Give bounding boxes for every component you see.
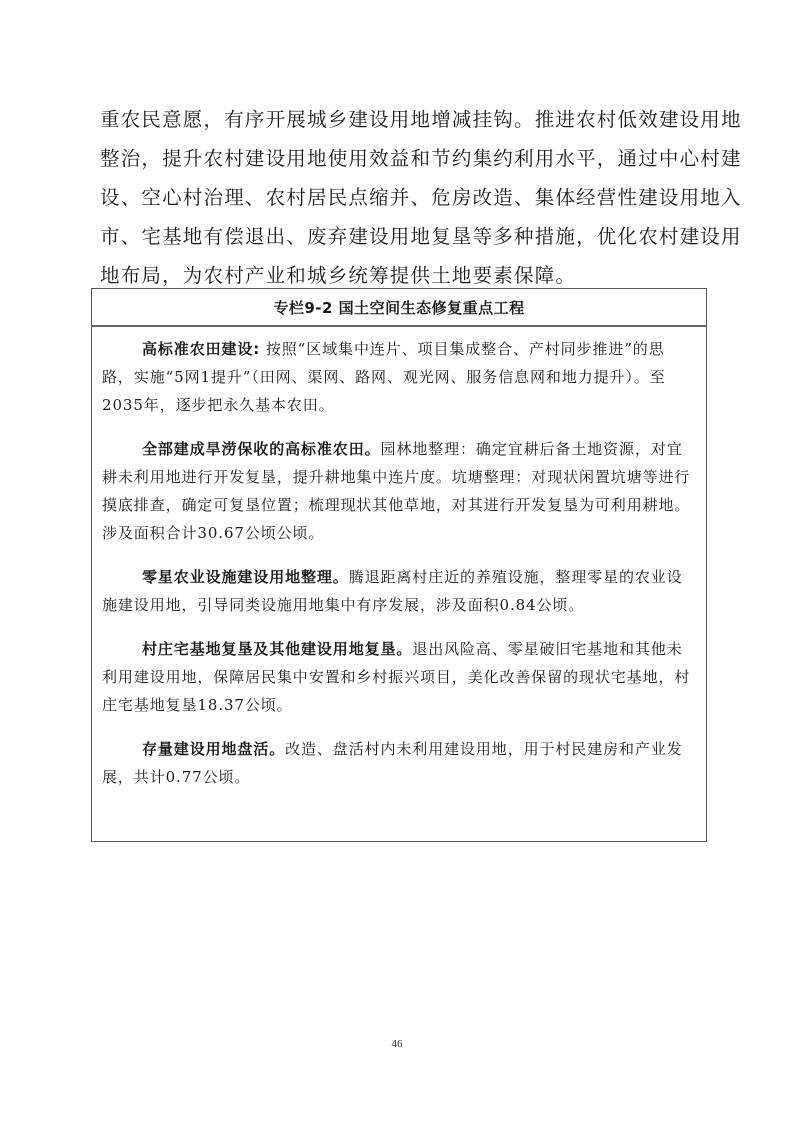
feature-box-title: 专栏9-2 国土空间生态修复重点工程 [92, 289, 706, 327]
intro-line: 重农民意愿，有序开展城乡建设用地增减挂钩。推进农村低效建设用地 [100, 100, 700, 139]
project-item-homestead: 村庄宅基地复垦及其他建设用地复垦。退出风险高、零星破旧宅基地和其他未 利用建设用… [102, 635, 696, 719]
intro-paragraph: 重农民意愿，有序开展城乡建设用地增减挂钩。推进农村低效建设用地 整治，提升农村建… [100, 100, 700, 295]
feature-box: 专栏9-2 国土空间生态修复重点工程 高标准农田建设: 按照“区域集中连片、项目… [91, 288, 707, 842]
item-text: 路，实施“5网1提升”（田网、渠网、路网、观光网、服务信息网和地力提升）。至 [102, 363, 696, 391]
item-heading: 存量建设用地盘活。 [142, 740, 285, 758]
project-item-farmland: 高标准农田建设: 按照“区域集中连片、项目集成整合、产村同步推进”的思 路，实施… [102, 335, 696, 419]
item-text: 按照“区域集中连片、项目集成整合、产村同步推进”的思 [260, 340, 664, 358]
item-text: 庄宅基地复垦18.37公顷。 [102, 691, 696, 719]
item-heading: 村庄宅基地复垦及其他建设用地复垦。 [142, 640, 412, 658]
item-text: 利用建设用地，保障居民集中安置和乡村振兴项目，美化改善保留的现状宅基地，村 [102, 663, 696, 691]
item-text: 展，共计0.77公顷。 [102, 763, 696, 791]
item-text: 摸底排查，确定可复垦位置；梳理现状其他草地，对其进行开发复垦为可利用耕地。 [102, 491, 696, 519]
page-number: 46 [0, 1038, 794, 1050]
item-text: 施建设用地，引导同类设施用地集中有序发展，涉及面积0.84公顷。 [102, 591, 696, 619]
project-item-garden-land: 全部建成旱涝保收的高标准农田。园林地整理：确定宜耕后备土地资源，对宜 耕未利用地… [102, 435, 696, 547]
item-text: 改造、盘活村内未利用建设用地，用于村民建房和产业发 [285, 740, 683, 758]
item-text: 耕未利用地进行开发复垦，提升耕地集中连片度。坑塘整理：对现状闲置坑塘等进行 [102, 463, 696, 491]
item-text: 涉及面积合计30.67公顷公顷。 [102, 519, 696, 547]
item-heading: 全部建成旱涝保收的高标准农田。 [142, 440, 381, 458]
item-text: 2035年，逐步把永久基本农田。 [102, 391, 696, 419]
intro-line: 整治，提升农村建设用地使用效益和节约集约利用水平，通过中心村建 [100, 139, 700, 178]
item-heading: 零星农业设施建设用地整理。 [142, 568, 349, 586]
project-item-agri-facility: 零星农业设施建设用地整理。腾退距离村庄近的养殖设施，整理零星的农业设 施建设用地… [102, 563, 696, 619]
item-text: 腾退距离村庄近的养殖设施，整理零星的农业设 [349, 568, 683, 586]
item-heading: 高标准农田建设: [142, 340, 260, 358]
item-text: 退出风险高、零星破旧宅基地和其他未 [412, 640, 682, 658]
feature-box-body: 高标准农田建设: 按照“区域集中连片、项目集成整合、产村同步推进”的思 路，实施… [92, 327, 706, 791]
intro-line: 设、空心村治理、农村居民点缩并、危房改造、集体经营性建设用地入 [100, 178, 700, 217]
item-text: 园林地整理：确定宜耕后备土地资源，对宜 [381, 440, 683, 458]
intro-line: 市、宅基地有偿退出、废弃建设用地复垦等多种措施，优化农村建设用 [100, 217, 700, 256]
project-item-stock-land: 存量建设用地盘活。改造、盘活村内未利用建设用地，用于村民建房和产业发 展，共计0… [102, 735, 696, 791]
